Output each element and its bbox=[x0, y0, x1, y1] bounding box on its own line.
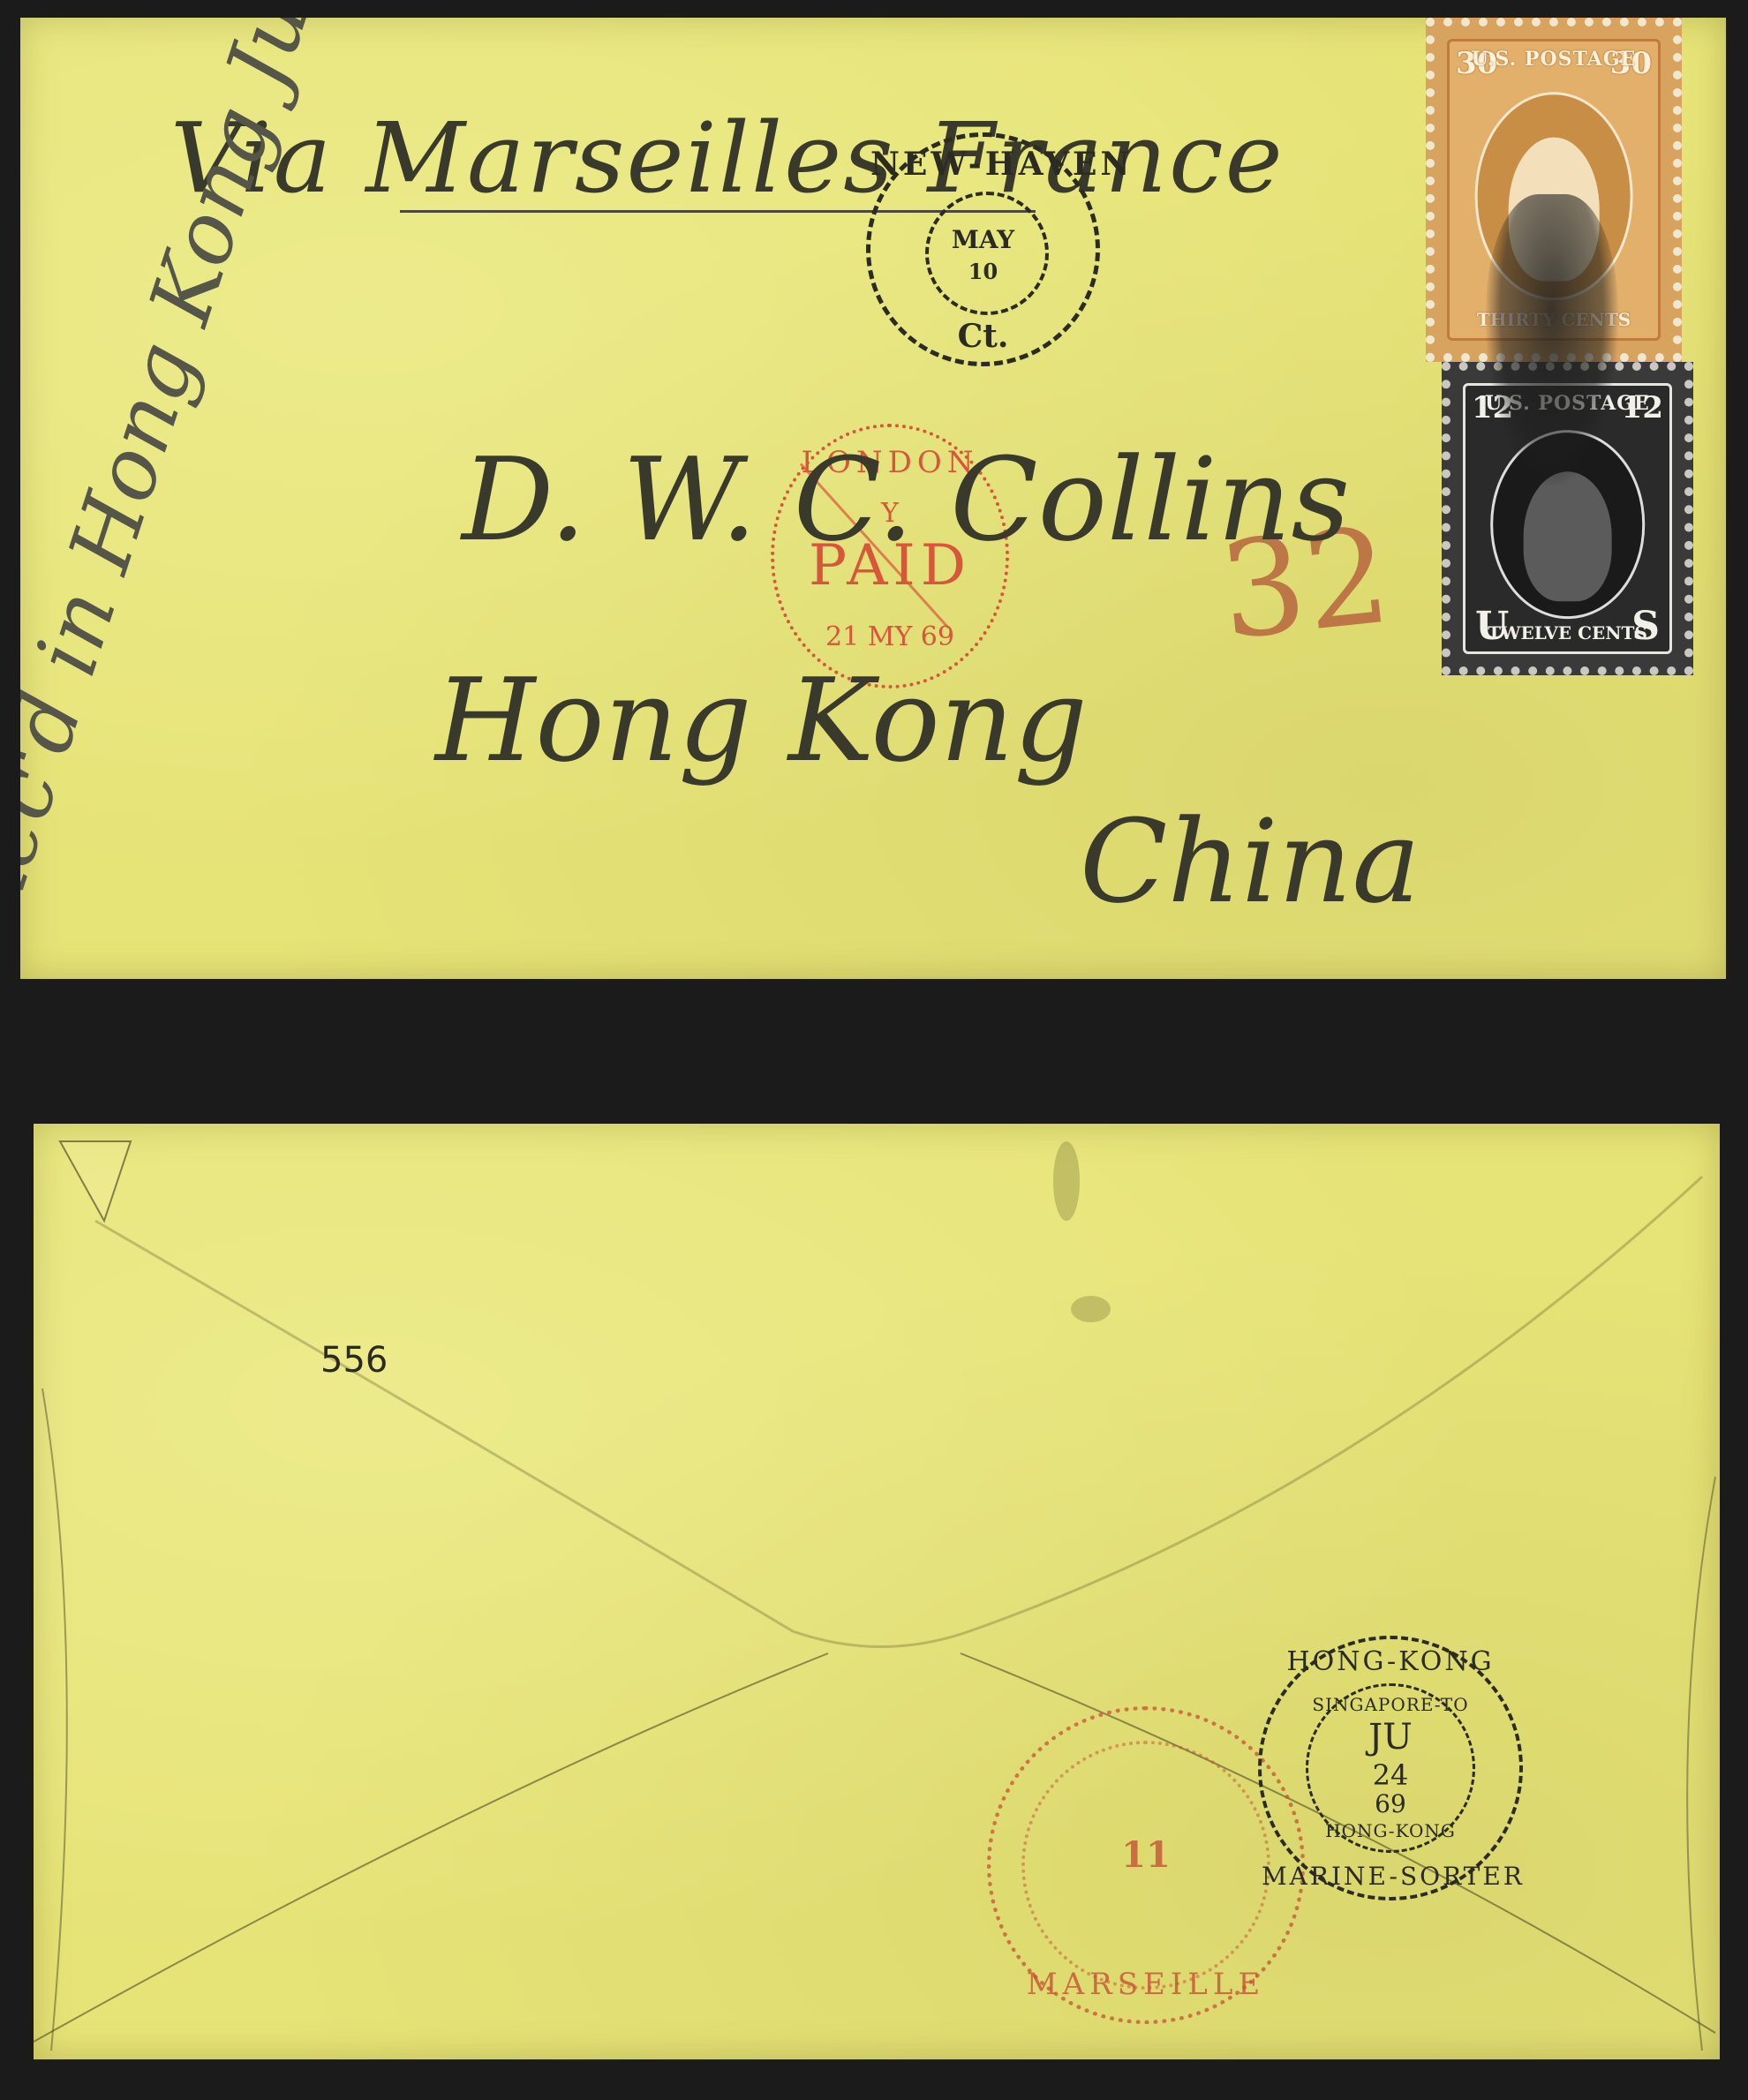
postmark-city: MARSEILLE bbox=[991, 1967, 1300, 2002]
addressee-city: Hong Kong bbox=[435, 653, 1088, 787]
postmark-town: NEW-HAVEN bbox=[870, 146, 1096, 183]
addressee-name: D. W. C. Collins bbox=[462, 433, 1350, 567]
marseille-transit-postmark: 11 MARSEILLE bbox=[987, 1706, 1305, 2024]
addressee-country: China bbox=[1080, 794, 1420, 929]
postmark-office: HONG-KONG bbox=[1262, 1646, 1519, 1677]
postmark-route: SINGAPORE-TO bbox=[1262, 1694, 1519, 1715]
cork-cancel bbox=[1486, 194, 1618, 485]
postmark-month: MAY bbox=[870, 225, 1096, 254]
stain bbox=[1053, 1141, 1080, 1221]
envelope-back: 556 11 MARSEILLE HONG-KONG SINGAPORE-TO … bbox=[34, 1124, 1720, 2059]
hong-kong-marine-sorter-postmark: HONG-KONG SINGAPORE-TO JU 24 69 HONG-KON… bbox=[1258, 1636, 1523, 1901]
postmark-state: Ct. bbox=[870, 318, 1096, 355]
stamp-top-label: U.S. POSTAGE bbox=[1435, 48, 1673, 71]
washington-portrait-icon bbox=[1523, 471, 1612, 601]
postmark-year: 69 bbox=[1262, 1789, 1519, 1818]
postmark-date: 21 MY 69 bbox=[774, 621, 1006, 652]
envelope-front: Via Marseilles France Rec'd in Hong Kong… bbox=[20, 18, 1726, 979]
postmark-day: 10 bbox=[870, 259, 1096, 284]
postmark-month: JU bbox=[1262, 1717, 1519, 1758]
postmark-day: 24 bbox=[1262, 1758, 1519, 1792]
new-haven-postmark: NEW-HAVEN MAY 10 Ct. bbox=[866, 132, 1100, 366]
stamp-corner-letter: U bbox=[1475, 604, 1509, 649]
stain bbox=[1071, 1296, 1111, 1322]
envelope-flap-lines bbox=[34, 1124, 1720, 2059]
stamp-corner-letter: S bbox=[1631, 604, 1660, 649]
postmark-destination: HONG-KONG bbox=[1262, 1820, 1519, 1841]
postmark-center: 11 bbox=[991, 1834, 1300, 1876]
pencil-inventory-number: 556 bbox=[320, 1340, 388, 1381]
postmark-service: MARINE-SORTER bbox=[1262, 1862, 1519, 1891]
